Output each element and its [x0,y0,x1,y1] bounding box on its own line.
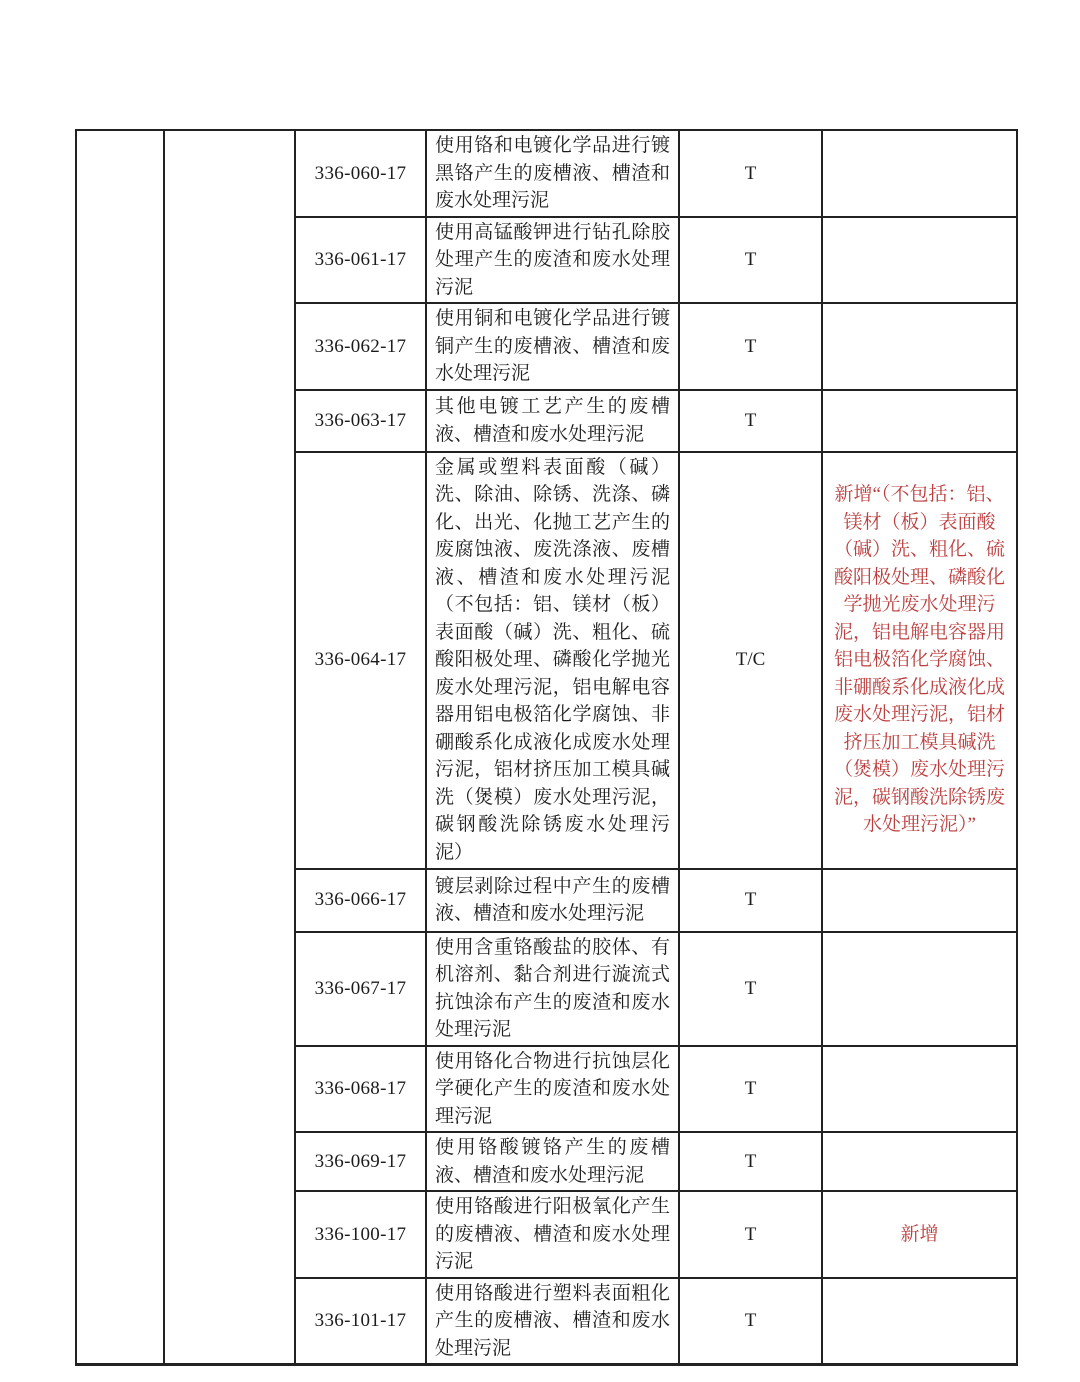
remark [822,1046,1017,1133]
waste-code: 336-067-17 [295,932,426,1046]
waste-code: 336-060-17 [295,130,426,217]
remark [822,932,1017,1046]
revision-remark: 新增 [822,1191,1017,1278]
remark [822,1132,1017,1191]
waste-description: 使用铬酸镀铬产生的废槽液、槽渣和废水处理污泥 [426,1132,679,1191]
hazard-property: T [679,1132,822,1191]
waste-code: 336-066-17 [295,869,426,932]
waste-description: 其他电镀工艺产生的废槽液、槽渣和废水处理污泥 [426,390,679,452]
waste-description: 镀层剥除过程中产生的废槽液、槽渣和废水处理污泥 [426,869,679,932]
waste-code: 336-068-17 [295,1046,426,1133]
waste-category-cell [164,130,295,1365]
waste-description: 使用铬酸进行塑料表面粗化产生的废槽液、槽渣和废水处理污泥 [426,1278,679,1365]
waste-description: 使用铬和电镀化学品进行镀黑铬产生的废槽液、槽渣和废水处理污泥 [426,130,679,217]
waste-code: 336-061-17 [295,217,426,304]
remark [822,303,1017,390]
hazard-property: T [679,869,822,932]
remark [822,217,1017,304]
hazard-property: T/C [679,452,822,869]
waste-description: 使用铬酸进行阳极氧化产生的废槽液、槽渣和废水处理污泥 [426,1191,679,1278]
hazard-property: T [679,1278,822,1365]
waste-code: 336-064-17 [295,452,426,869]
hazard-property: T [679,303,822,390]
hazard-property: T [679,1191,822,1278]
hazard-property: T [679,130,822,217]
waste-code: 336-100-17 [295,1191,426,1278]
waste-description: 使用铜和电镀化学品进行镀铜产生的废槽液、槽渣和废水处理污泥 [426,303,679,390]
hazard-property: T [679,217,822,304]
hazardous-waste-catalog-table: 336-060-17 使用铬和电镀化学品进行镀黑铬产生的废槽液、槽渣和废水处理污… [75,129,1018,1366]
remark [822,130,1017,217]
waste-description: 使用高锰酸钾进行钻孔除胶处理产生的废渣和废水处理污泥 [426,217,679,304]
waste-code: 336-062-17 [295,303,426,390]
industry-category-cell [76,130,164,1365]
revision-remark: 新增“（不包括：铝、镁材（板）表面酸（碱）洗、粗化、硫酸阳极处理、磷酸化学抛光废… [822,452,1017,869]
hazard-property: T [679,932,822,1046]
document-page: { "page": { "background": "#ffffff", "te… [0,0,1080,1382]
waste-description: 金属或塑料表面酸（碱）洗、除油、除锈、洗涤、磷化、出光、化抛工艺产生的废腐蚀液、… [426,452,679,869]
waste-code: 336-063-17 [295,390,426,452]
hazard-property: T [679,390,822,452]
waste-description: 使用铬化合物进行抗蚀层化学硬化产生的废渣和废水处理污泥 [426,1046,679,1133]
remark [822,1278,1017,1365]
waste-code: 336-069-17 [295,1132,426,1191]
hazard-property: T [679,1046,822,1133]
table-row: 336-060-17 使用铬和电镀化学品进行镀黑铬产生的废槽液、槽渣和废水处理污… [76,130,1017,217]
remark [822,390,1017,452]
waste-code: 336-101-17 [295,1278,426,1365]
waste-description: 使用含重铬酸盐的胶体、有机溶剂、黏合剂进行漩流式抗蚀涂布产生的废渣和废水处理污泥 [426,932,679,1046]
remark [822,869,1017,932]
